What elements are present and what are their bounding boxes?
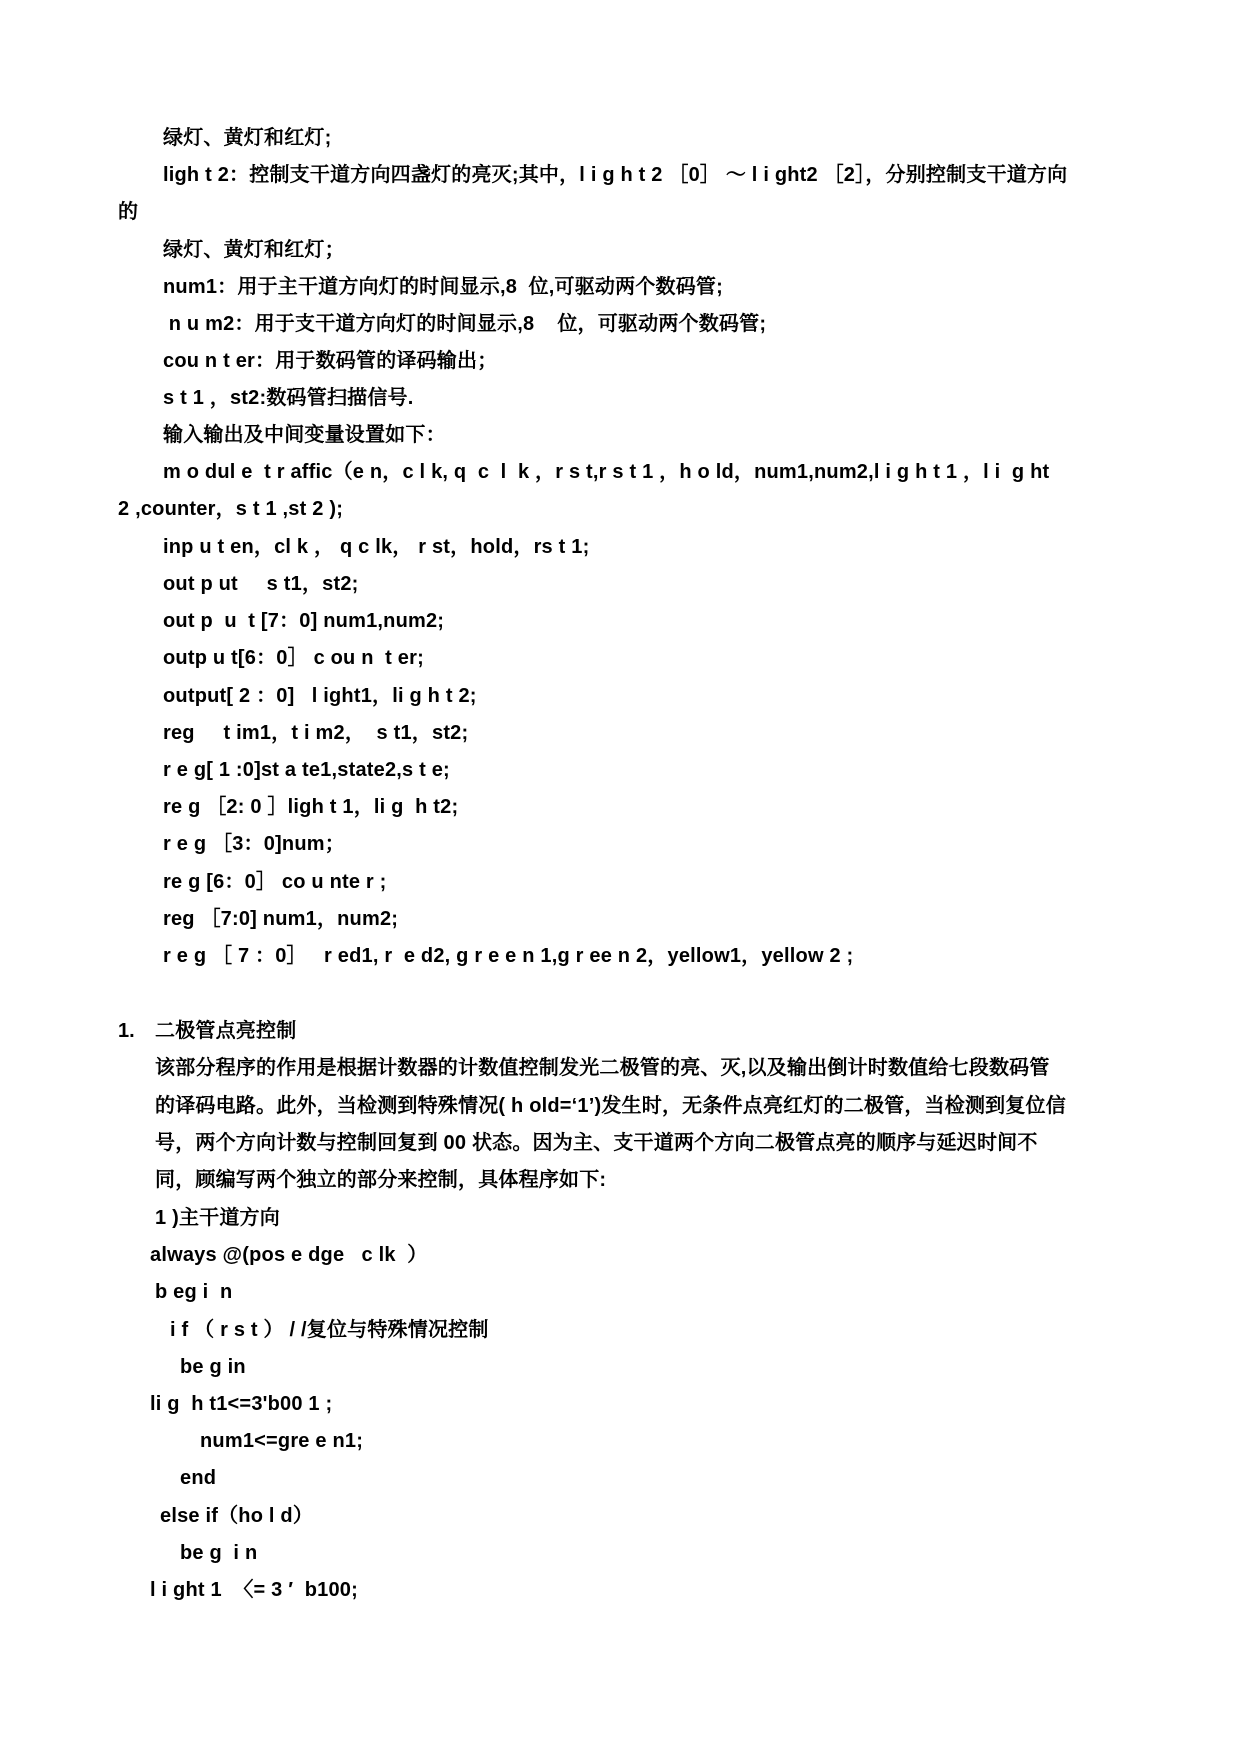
decl-reg-num: r e g ［3：0]num； [163, 830, 345, 858]
code-line-begin-inner: be g in [180, 1353, 246, 1381]
document-page: 绿灯、黄灯和红灯; ligh t 2：控制支干道方向四盏灯的亮灭;其中，l i … [0, 0, 1241, 1754]
intro-line-light2-wrap: 的 [118, 198, 138, 226]
intro-line-io-setup: 输入输出及中间变量设置如下： [163, 421, 446, 449]
code-line-num1-green: num1<=gre e n1; [200, 1427, 363, 1455]
decl-reg-colors: r e g ［ 7 ：0］ r ed1, r e d2, g r e e n 1… [163, 942, 853, 970]
decl-reg-counter: re g [6：0］ co u nte r ; [163, 868, 387, 896]
intro-line-st: s t 1 ，st2:数码管扫描信号. [163, 384, 414, 412]
paragraph-line-1: 该部分程序的作用是根据计数器的计数值控制发光二极管的亮、灭,以及输出倒计时数值给… [155, 1054, 1050, 1082]
decl-output-counter: outp u t[6：0］ c ou n t er; [163, 644, 424, 672]
section-number: 1. [118, 1017, 135, 1045]
paragraph-line-3: 号，两个方向计数与控制回复到 00 状态。因为主、支干道两个方向二极管点亮的顺序… [155, 1129, 1038, 1157]
decl-output-light: output[ 2 ：0] l ight1，li g h t 2; [163, 682, 477, 710]
code-line-end: end [180, 1464, 216, 1492]
intro-line-lights-1: 绿灯、黄灯和红灯; [163, 124, 331, 152]
decl-input: inp u t en，cl k ， q c lk， r st，hold，rs t… [163, 533, 589, 561]
intro-line-lights-2: 绿灯、黄灯和红灯； [163, 236, 345, 264]
paragraph-line-2: 的译码电路。此外，当检测到特殊情况( h old=‘1’)发生时，无条件点亮红灯… [155, 1092, 1066, 1120]
code-line-begin: b eg i n [155, 1278, 232, 1306]
code-line-always: always @(pos e dge c lk ） [150, 1241, 427, 1269]
decl-reg-state: r e g[ 1 :0]st a te1,state2,s t e; [163, 756, 450, 784]
code-line-else-if-hold: else if（ho l d） [160, 1502, 313, 1530]
section-title: 二极管点亮控制 [155, 1017, 296, 1045]
code-line-begin-hold: be g i n [180, 1539, 257, 1567]
intro-line-num2: n u m2：用于支干道方向灯的时间显示,8 位，可驱动两个数码管; [163, 310, 766, 338]
intro-line-light2: ligh t 2：控制支干道方向四盏灯的亮灭;其中，l i g h t 2 ［0… [163, 161, 1067, 189]
decl-reg-light: re g ［2: 0 ］ligh t 1，li g h t2; [163, 793, 458, 821]
decl-output-st: out p ut s t1，st2; [163, 570, 359, 598]
decl-reg-tim: reg t im1，t i m2， s t1，st2; [163, 719, 468, 747]
code-line-light1-hold: l i ght 1 〈= 3 ′ b100; [150, 1576, 358, 1604]
decl-output-num: out p u t [7：0] num1,num2; [163, 607, 444, 635]
decl-module-wrap: 2 ,counter，s t 1 ,st 2 ); [118, 495, 343, 523]
decl-reg-num12: reg ［7:0] num1，num2; [163, 905, 398, 933]
intro-line-num1: num1：用于主干道方向灯的时间显示,8 位,可驱动两个数码管; [163, 273, 723, 301]
paragraph-line-4: 同，顾编写两个独立的部分来控制，具体程序如下: [155, 1166, 606, 1194]
code-line-light1-reset: li g h t1<=3'b00 1 ; [150, 1390, 332, 1418]
decl-module: m o dul e t r affic（e n，c l k, q c l k ，… [163, 458, 1049, 486]
code-line-if-rst: i f （ r s t ） / /复位与特殊情况控制 [170, 1316, 489, 1344]
subsection-title: 1 )主干道方向 [155, 1204, 280, 1232]
intro-line-counter: cou n t er：用于数码管的译码输出； [163, 347, 497, 375]
